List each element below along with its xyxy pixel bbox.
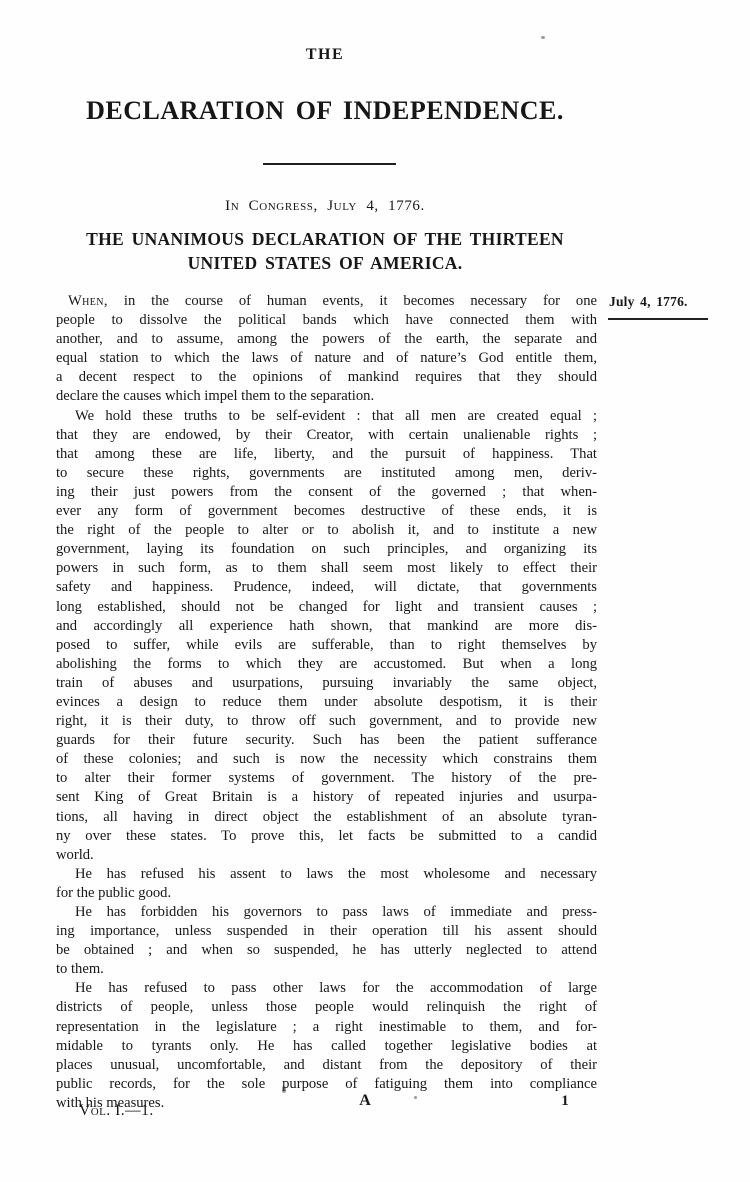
smallcaps-lead-word: When,	[68, 293, 108, 309]
text-line: long established, should not be changed …	[56, 598, 597, 617]
text-line: to them.	[56, 960, 597, 979]
title-rule	[263, 163, 396, 165]
text-line: sent King of Great Britain is a history …	[56, 788, 597, 807]
text-line: and accordingly all experience hath show…	[56, 617, 597, 636]
text-line: He has refused his assent to laws the mo…	[56, 865, 597, 884]
margin-date: July 4, 1776.	[609, 294, 715, 310]
text-line: powers in such form, as to them shall se…	[56, 559, 597, 578]
congress-dateline: In Congress, July 4, 1776.	[0, 198, 650, 215]
volume-label: Vol. I.—1.	[79, 1102, 154, 1120]
text-line: midable to tyrants only. He has called t…	[56, 1037, 597, 1056]
page-number: 1	[555, 1093, 575, 1110]
document-title: DECLARATION OF INDEPENDENCE.	[0, 96, 650, 126]
text-line: train of abuses and usurpations, pursuin…	[56, 674, 597, 693]
text-line: ny over these states. To prove this, let…	[56, 827, 597, 846]
text-line: right, it is their duty, to throw off su…	[56, 712, 597, 731]
text-line: for the public good.	[56, 884, 597, 903]
text-line: people to dissolve the political bands w…	[56, 311, 597, 330]
text-line: ing their just powers from the consent o…	[56, 483, 597, 502]
text-line: We hold these truths to be self-evident …	[56, 407, 597, 426]
text-line: to secure these rights, governments are …	[56, 464, 597, 483]
text-line: that among these are life, liberty, and …	[56, 445, 597, 464]
text-line: abolishing the forms to which they are a…	[56, 655, 597, 674]
subtitle-line-1: THE UNANIMOUS DECLARATION OF THE THIRTEE…	[0, 228, 650, 252]
text-line: guards for their future security. Such h…	[56, 731, 597, 750]
text-line: tions, all having in direct object the e…	[56, 808, 597, 827]
paragraph: He has refused his assent to laws the mo…	[56, 865, 597, 903]
text-line: ing importance, unless suspended in thei…	[56, 922, 597, 941]
text-line: that they are endowed, by their Creator,…	[56, 426, 597, 445]
text-line: a decent respect to the opinions of mank…	[56, 368, 597, 387]
text-line: to alter their former systems of governm…	[56, 769, 597, 788]
text-line: When, in the course of human events, it …	[56, 292, 597, 311]
text-line: posed to suffer, while evils are suffera…	[56, 636, 597, 655]
text-line: safety and happiness. Prudence, indeed, …	[56, 578, 597, 597]
margin-date-note: July 4, 1776.	[609, 294, 715, 310]
text-line: public records, for the sole purpose of …	[56, 1075, 597, 1094]
text-line: He has refused to pass other laws for th…	[56, 979, 597, 998]
text-line: of these colonies; and such is now the n…	[56, 750, 597, 769]
text-line: declare the causes which impel them to t…	[56, 387, 597, 406]
subtitle-line-2: UNITED STATES OF AMERICA.	[0, 252, 650, 276]
text-line: districts of people, unless those people…	[56, 998, 597, 1017]
margin-note-rule	[608, 318, 708, 320]
book-page: THE DECLARATION OF INDEPENDENCE. In Cong…	[0, 0, 750, 1182]
text-line: another, and to assume, among the powers…	[56, 330, 597, 349]
body-text-column: When, in the course of human events, it …	[56, 292, 597, 1113]
text-line: places unusual, uncomfortable, and dista…	[56, 1056, 597, 1075]
text-line: representation in the legislature ; a ri…	[56, 1018, 597, 1037]
printer-signature: A	[351, 1092, 379, 1110]
paragraph: He has refused to pass other laws for th…	[56, 979, 597, 1113]
text-line: He has forbidden his governors to pass l…	[56, 903, 597, 922]
text-line: evinces a design to reduce them under ab…	[56, 693, 597, 712]
text-line: equal station to which the laws of natur…	[56, 349, 597, 368]
page-header: THE DECLARATION OF INDEPENDENCE. In Cong…	[0, 0, 650, 290]
series-kicker: THE	[0, 46, 650, 64]
text-line: the right of the people to alter or to a…	[56, 521, 597, 540]
document-subtitle: THE UNANIMOUS DECLARATION OF THE THIRTEE…	[0, 228, 650, 275]
text-line: ever any form of government becomes dest…	[56, 502, 597, 521]
text-line: world.	[56, 846, 597, 865]
paragraph: We hold these truths to be self-evident …	[56, 407, 597, 865]
paragraph: When, in the course of human events, it …	[56, 292, 597, 407]
text-line: be obtained ; and when so suspended, he …	[56, 941, 597, 960]
paragraph: He has forbidden his governors to pass l…	[56, 903, 597, 979]
text-line: government, laying its foundation on suc…	[56, 540, 597, 559]
